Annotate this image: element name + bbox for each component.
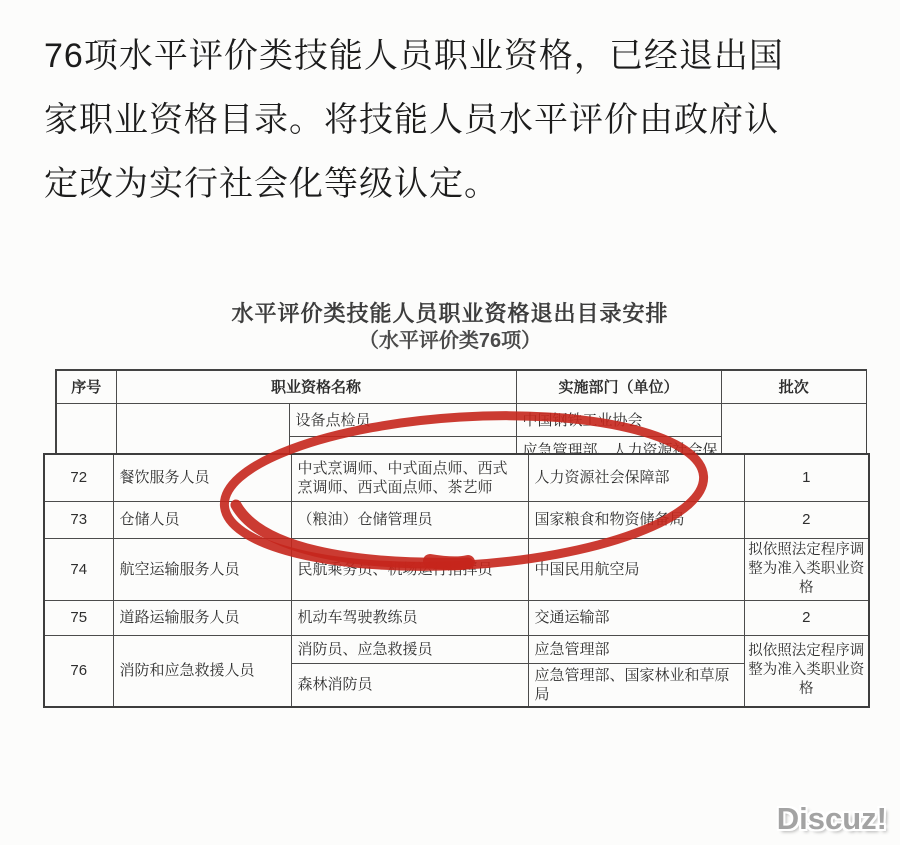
cell-qualification-name: 设备点检员 <box>289 403 516 436</box>
cell-department: 交通运输部 <box>528 600 744 635</box>
table-row-73: 73 仓储人员 （粮油）仓储管理员 国家粮食和物资储备局 2 <box>44 501 869 538</box>
cell-seq: 75 <box>44 600 113 635</box>
cell-department: 应急管理部 <box>528 635 744 663</box>
cell-seq: 73 <box>44 501 113 538</box>
table-title: 水平评价类技能人员职业资格退出目录安排 <box>0 301 900 327</box>
cell-batch: 拟依照法定程序调整为准入类职业资格 <box>744 538 869 600</box>
cell-department: 国家粮食和物资储备局 <box>528 501 744 538</box>
table-row-75: 75 道路运输服务人员 机动车驾驶教练员 交通运输部 2 <box>44 600 869 635</box>
cell-batch: 2 <box>744 600 869 635</box>
table-row-76a: 76 消防和应急救援人员 消防员、应急救援员 应急管理部 拟依照法定程序调整为准… <box>44 635 869 663</box>
intro-line-3: 定改为实行社会化等级认定。 <box>44 152 874 216</box>
cell-department: 中国民用航空局 <box>528 538 744 600</box>
table-upper-fragment: 序号 职业资格名称 实施部门（单位） 批次 设备点检员 中国钢铁工业协会 应急管… <box>55 369 867 453</box>
cell-qualification-name: 机动车驾驶教练员 <box>291 600 528 635</box>
cell-category: 航空运输服务人员 <box>113 538 291 600</box>
header-seq: 序号 <box>56 370 116 403</box>
cell-qualification-name: 消防员、应急救援员 <box>291 635 528 663</box>
cell-seq: 72 <box>44 454 113 501</box>
cell-seq: 74 <box>44 538 113 600</box>
cell-category: 道路运输服务人员 <box>113 600 291 635</box>
intro-line-2: 家职业资格目录。将技能人员水平评价由政府认 <box>44 88 874 152</box>
header-dept: 实施部门（单位） <box>516 370 721 403</box>
cell-category: 仓储人员 <box>113 501 291 538</box>
cell-department: 人力资源社会保障部 <box>528 454 744 501</box>
table-subtitle: （水平评价类76项） <box>0 329 900 353</box>
intro-line-1: 76项水平评价类技能人员职业资格，已经退出国 <box>44 24 874 88</box>
table-row: 设备点检员 中国钢铁工业协会 <box>56 403 867 436</box>
table-row-72: 72 餐饮服务人员 中式烹调师、中式面点师、西式烹调师、西式面点师、茶艺师 人力… <box>44 454 869 501</box>
header-name: 职业资格名称 <box>116 370 516 403</box>
cell-batch: 1 <box>744 454 869 501</box>
cell-qualification-name: 民航乘务员、机场运行指挥员 <box>291 538 528 600</box>
cell-seq-empty <box>56 403 116 453</box>
discuz-watermark: Discuz! <box>777 801 887 837</box>
qualification-table-header-fragment: 序号 职业资格名称 实施部门（单位） 批次 设备点检员 中国钢铁工业协会 应急管… <box>55 369 867 453</box>
cell-batch: 2 <box>744 501 869 538</box>
table-header-row: 序号 职业资格名称 实施部门（单位） 批次 <box>56 370 867 403</box>
intro-paragraph: 76项水平评价类技能人员职业资格，已经退出国 家职业资格目录。将技能人员水平评价… <box>44 24 874 216</box>
cell-batch-empty <box>721 403 867 453</box>
qualification-table-rows-72-76: 72 餐饮服务人员 中式烹调师、中式面点师、西式烹调师、西式面点师、茶艺师 人力… <box>43 453 870 708</box>
cell-category-empty <box>116 403 289 453</box>
cell-batch: 拟依照法定程序调整为准入类职业资格 <box>744 635 869 707</box>
cell-qualification-name: 森林消防员 <box>291 663 528 707</box>
cell-qualification-name: 中式烹调师、中式面点师、西式烹调师、西式面点师、茶艺师 <box>291 454 528 501</box>
cell-department: 应急管理部、国家林业和草原局 <box>528 663 744 707</box>
cell-department-partial: 应急管理部、人力资源社会保 <box>516 436 721 453</box>
cell-category: 餐饮服务人员 <box>113 454 291 501</box>
cell-qualification-name: （粮油）仓储管理员 <box>291 501 528 538</box>
table-title-block: 水平评价类技能人员职业资格退出目录安排 （水平评价类76项） <box>0 301 900 353</box>
cell-seq: 76 <box>44 635 113 707</box>
header-batch: 批次 <box>721 370 867 403</box>
table-row-74: 74 航空运输服务人员 民航乘务员、机场运行指挥员 中国民用航空局 拟依照法定程… <box>44 538 869 600</box>
cell-qualification-name-empty <box>289 436 516 453</box>
cell-department: 中国钢铁工业协会 <box>516 403 721 436</box>
cell-category: 消防和应急救援人员 <box>113 635 291 707</box>
